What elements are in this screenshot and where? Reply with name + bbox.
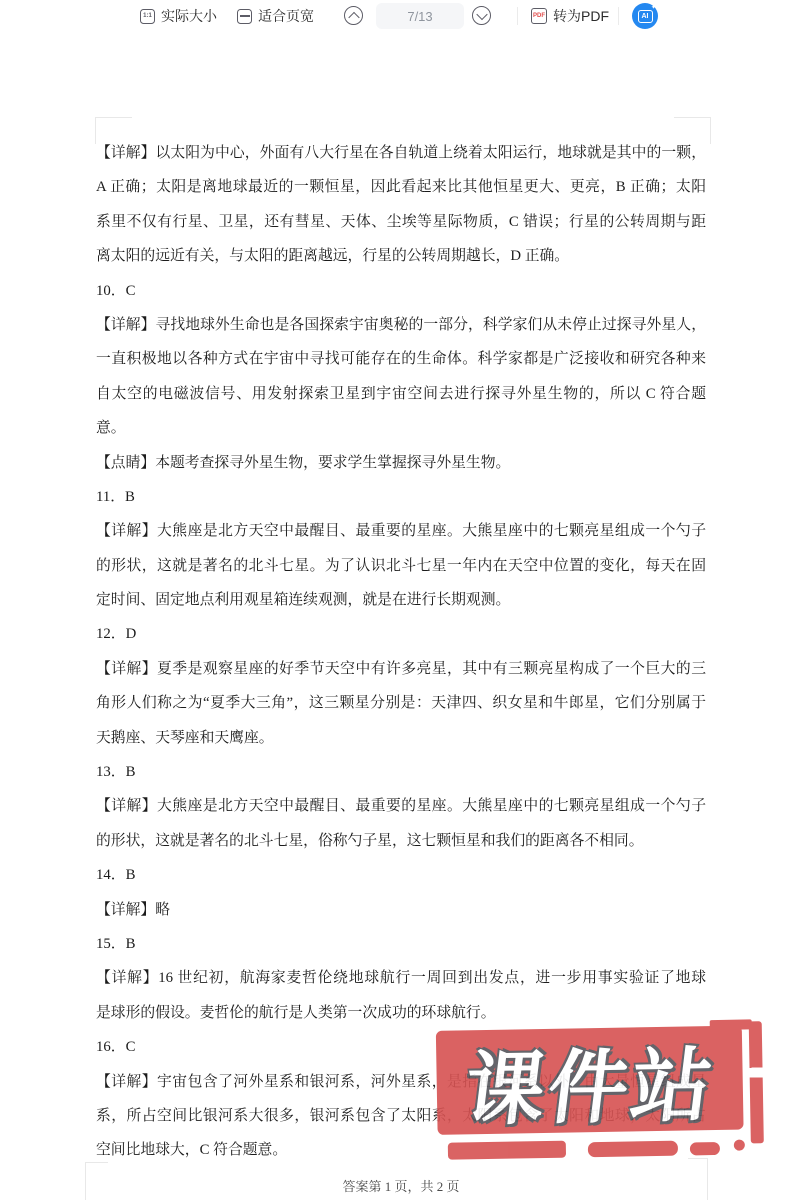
- sparkle-icon: ✦: [651, 5, 656, 11]
- document-line: 11．B: [96, 480, 706, 514]
- toolbar-divider: [517, 7, 518, 25]
- actual-size-button[interactable]: 1:1 实际大小: [140, 0, 217, 32]
- document-line: 是球形的假设。麦哲伦的航行是人类第一次成功的环球航行。: [96, 996, 706, 1030]
- document-line: 空间比地球大，C 符合题意。: [96, 1133, 706, 1167]
- document-line: 【详解】夏季是观察星座的好季节天空中有许多亮星，其中有三颗亮星构成了一个巨大的三: [96, 652, 706, 686]
- fit-width-icon: [237, 9, 252, 24]
- document-text: 【详解】以太阳为中心，外面有八大行星在各自轨道上绕着太阳运行，地球就是其中的一颗…: [96, 136, 706, 1168]
- document-line: 定时间、固定地点利用观星箱连续观测，就是在进行长期观测。: [96, 583, 706, 617]
- actual-size-label: 实际大小: [161, 6, 217, 26]
- app-window: 1:1 实际大小 适合页宽 7/13 PDF 转为PDF AI ✦: [0, 0, 800, 1200]
- document-line: 【点睛】本题考查探寻外星生物，要求学生掌握探寻外星生物。: [96, 446, 706, 480]
- ai-icon: AI: [638, 10, 653, 23]
- document-line: 的形状，这就是著名的北斗七星，俗称勺子星，这七颗恒星和我们的距离各不相同。: [96, 824, 706, 858]
- document-line: 12．D: [96, 617, 706, 651]
- document-line: 13．B: [96, 755, 706, 789]
- document-line: 的形状，这就是著名的北斗七星。为了认识北斗七星一年内在天空中位置的变化，每天在固: [96, 549, 706, 583]
- document-line: 离太阳的远近有关，与太阳的距离越远，行星的公转周期越长，D 正确。: [96, 239, 706, 273]
- document-line: 角形人们称之为“夏季大三角”，这三颗星分别是：天津四、织女星和牛郎星，它们分别属…: [96, 686, 706, 720]
- document-line: 意。: [96, 411, 706, 445]
- fit-width-button[interactable]: 适合页宽: [237, 0, 314, 32]
- toolbar-divider-2: [618, 7, 619, 25]
- document-line: 【详解】寻找地球外生命也是各国探索宇宙奥秘的一部分，科学家们从未停止过探寻外星人…: [96, 308, 706, 342]
- document-line: 16．C: [96, 1030, 706, 1064]
- document-line: 【详解】大熊座是北方天空中最醒目、最重要的星座。大熊星座中的七颗亮星组成一个勺子: [96, 514, 706, 548]
- ai-assistant-button[interactable]: AI ✦: [632, 3, 658, 29]
- document-line: 【详解】16 世纪初，航海家麦哲伦绕地球航行一周回到出发点，进一步用事实验证了地…: [96, 961, 706, 995]
- document-line: 【详解】宇宙包含了河外星系和银河系，河外星系，是指在银河系以外，由大量恒星组成星: [96, 1065, 706, 1099]
- convert-pdf-label: 转为PDF: [553, 6, 609, 26]
- document-line: 15．B: [96, 927, 706, 961]
- actual-size-icon: 1:1: [140, 9, 155, 24]
- convert-pdf-button[interactable]: PDF 转为PDF: [531, 0, 609, 32]
- stamp-border-fragment: [710, 1019, 752, 1030]
- stamp-border-right: [749, 1021, 764, 1143]
- document-line: 系，所占空间比银河系大很多，银河系包含了太阳系，太阳系包含了太阳和地球，太阳所占: [96, 1099, 706, 1133]
- page-footer: 答案第 1 页，共 2 页: [96, 1176, 706, 1195]
- stamp-border-fragment: [734, 1140, 745, 1151]
- document-line: A 正确；太阳是离地球最近的一颗恒星，因此看起来比其他恒星更大、更亮，B 正确；…: [96, 170, 706, 204]
- document-line: 10．C: [96, 274, 706, 308]
- document-line: 系里不仅有行星、卫星，还有彗星、天体、尘埃等星际物质，C 错误；行星的公转周期与…: [96, 205, 706, 239]
- document-line: 【详解】大熊座是北方天空中最醒目、最重要的星座。大熊星座中的七颗亮星组成一个勺子: [96, 789, 706, 823]
- page-indicator[interactable]: 7/13: [376, 3, 464, 29]
- document-line: 天鹅座、天琴座和天鹰座。: [96, 721, 706, 755]
- previous-page-button[interactable]: [344, 6, 363, 25]
- document-line: 自太空的电磁波信号、用发射探索卫星到宇宙空间去进行探寻外星生物的，所以 C 符合…: [96, 377, 706, 411]
- chevron-down-icon: [476, 8, 487, 19]
- pdf-file-icon: PDF: [531, 8, 547, 24]
- document-line: 14．B: [96, 858, 706, 892]
- fit-width-label: 适合页宽: [258, 6, 314, 26]
- next-page-button[interactable]: [472, 6, 491, 25]
- document-line: 一直积极地以各种方式在宇宙中寻找可能存在的生命体。科学家都是广泛接收和研究各种来: [96, 342, 706, 376]
- toolbar: 1:1 实际大小 适合页宽 7/13 PDF 转为PDF AI ✦: [0, 0, 800, 32]
- document-line: 【详解】略: [96, 893, 706, 927]
- chevron-up-icon: [348, 11, 359, 22]
- document-line: 【详解】以太阳为中心，外面有八大行星在各自轨道上绕着太阳运行，地球就是其中的一颗…: [96, 136, 706, 170]
